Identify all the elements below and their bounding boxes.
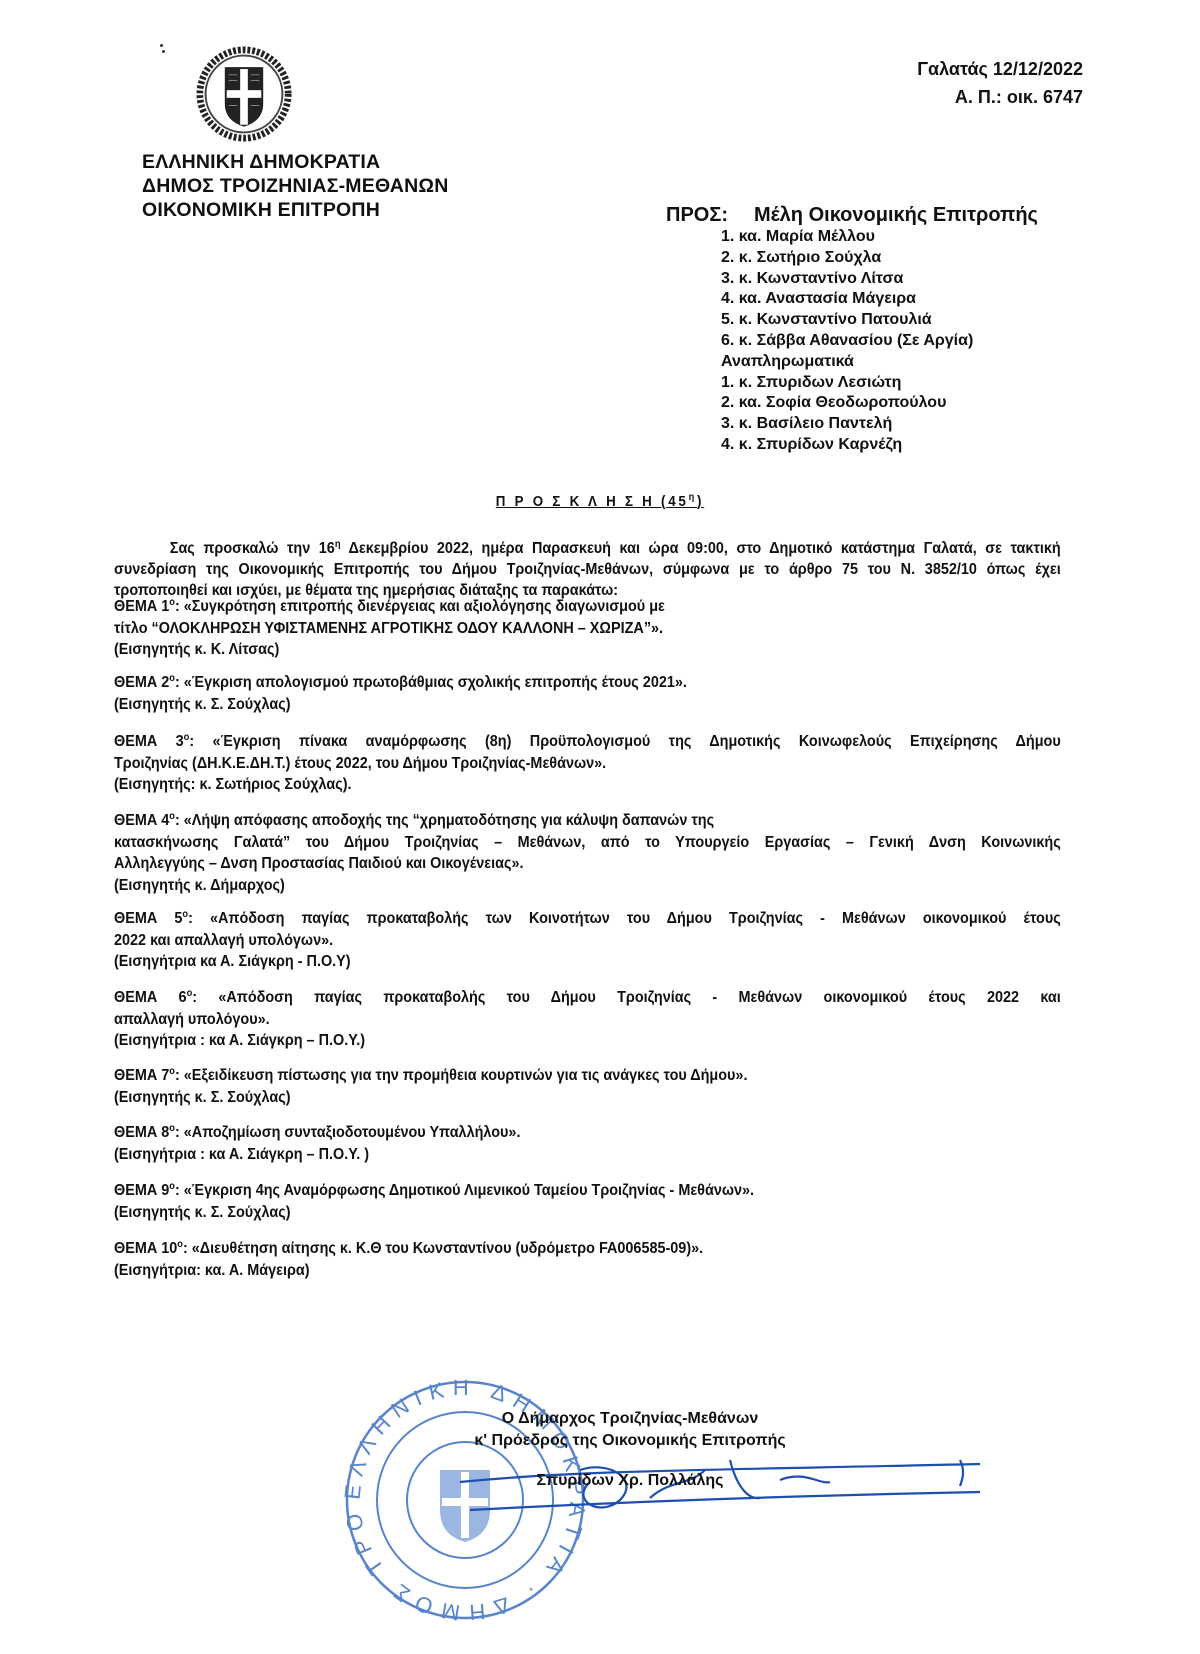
topic-text: απαλλαγή υπολόγου». xyxy=(114,1011,270,1028)
place-date: Γαλατάς 12/12/2022 xyxy=(917,55,1083,83)
agenda-topic: ΘΕΜΑ 4ο: «Λήψη απόφασης αποδοχής της “χρ… xyxy=(114,810,1061,896)
topic-line: ΘΕΜΑ 2ο: «Έγκριση απολογισμού πρωτοβάθμι… xyxy=(114,672,1061,694)
organization-header: ΕΛΛΗΝΙΚΗ ΔΗΜΟΚΡΑΤΙΑ ΔΗΜΟΣ ΤΡΟΙΖΗΝΙΑΣ-ΜΕΘ… xyxy=(142,150,448,222)
topic-text: «Συγκρότηση επιτροπής διενέργειας και αξ… xyxy=(184,598,665,615)
topic-rapporteur: (Εισηγητής: κ. Σωτήριος Σούχλας). xyxy=(114,774,1061,796)
agenda-topic: ΘΕΜΑ 9ο: «Έγκριση 4ης Αναμόρφωσης Δημοτι… xyxy=(114,1180,1061,1223)
topic-rapporteur: (Εισηγήτρια: κα. Α. Μάγειρα) xyxy=(114,1260,1061,1282)
protocol-number: Α. Π.: οικ. 6747 xyxy=(917,83,1083,111)
topic-label: ΘΕΜΑ 9 xyxy=(114,1182,169,1199)
substitute-item: 2. κα. Σοφία Θεοδωροπούλου xyxy=(721,393,1038,414)
invitation-title: Π Ρ Ο Σ Κ Λ Η Σ Η (45η) xyxy=(48,494,1152,510)
topic-rapporteur: (Εισηγητής κ. Σ. Σούχλας) xyxy=(114,1202,1061,1224)
topic-rapporteur: (Εισηγητής κ. Σ. Σούχλας) xyxy=(114,694,1061,716)
topic-rapporteur: (Εισηγήτρια κα Α. Σιάγκρη - Π.Ο.Υ) xyxy=(114,951,1061,973)
topic-line: κατασκήνωσης Γαλατά” του Δήμου Τροιζηνία… xyxy=(114,832,1061,854)
topic-text: τίτλο “ΟΛΟΚΛΗΡΩΣΗ ΥΦΙΣΤΑΜΕΝΗΣ ΑΓΡΟΤΙΚΗΣ … xyxy=(114,620,663,637)
agenda-topic: ΘΕΜΑ 6ο: «Απόδοση παγίας προκαταβολής το… xyxy=(114,987,1061,1052)
topic-rapporteur: (Εισηγητής κ. Σ. Σούχλας) xyxy=(114,1087,1061,1109)
topic-label: ΘΕΜΑ 6 xyxy=(114,989,187,1006)
topic-text: «Λήψη απόφασης αποδοχής της “χρηματοδότη… xyxy=(184,812,714,829)
topic-line: ΘΕΜΑ 7ο: «Εξειδίκευση πίστωσης για την π… xyxy=(114,1065,1061,1087)
invitation-number: 45 xyxy=(668,494,688,510)
agenda-topic: ΘΕΜΑ 8ο: «Αποζημίωση συνταξιοδοτουμένου … xyxy=(114,1122,1061,1165)
topic-rapporteur: (Εισηγήτρια : κα Α. Σιάγκρη – Π.Ο.Υ.) xyxy=(114,1030,1061,1052)
agenda-topic: ΘΕΜΑ 3ο: «Έγκριση πίνακα αναμόρφωσης (8η… xyxy=(114,731,1061,796)
topic-text: «Απόδοση παγίας προκαταβολής των Κοινοτή… xyxy=(210,910,1061,927)
topic-line: τίτλο “ΟΛΟΚΛΗΡΩΣΗ ΥΦΙΣΤΑΜΕΝΗΣ ΑΓΡΟΤΙΚΗΣ … xyxy=(114,618,1061,640)
topic-line: απαλλαγή υπολόγου». xyxy=(114,1009,1061,1031)
topic-line: Αλληλεγγύης – Δνση Προστασίας Παιδιού κα… xyxy=(114,853,1061,875)
member-item: 1. κα. Μαρία Μέλλου xyxy=(721,227,1038,248)
topic-text: «Απόδοση παγίας προκαταβολής του Δήμου Τ… xyxy=(218,989,1060,1006)
member-item: 5. κ. Κωνσταντίνο Πατουλιά xyxy=(721,310,1038,331)
recipients-block: ΠΡΟΣ:Μέλη Οικονομικής Επιτροπής 1. κα. Μ… xyxy=(666,203,1038,456)
substitute-item: 1. κ. Σπυριδων Λεσιώτη xyxy=(721,373,1038,394)
topic-text: «Έγκριση πίνακα αναμόρφωσης (8η) Προϋπολ… xyxy=(213,733,1061,750)
topic-text: «Έγκριση απολογισμού πρωτοβάθμιας σχολικ… xyxy=(184,674,687,691)
agenda-topic: ΘΕΜΑ 7ο: «Εξειδίκευση πίστωσης για την π… xyxy=(114,1065,1061,1108)
topic-line: Τροιζηνίας (ΔΗ.Κ.Ε.ΔΗ.Τ.) έτους 2022, το… xyxy=(114,753,1061,775)
signatory-name: Σπυρίδων Χρ. Πολλάλης xyxy=(520,1470,740,1492)
topic-text: Αλληλεγγύης – Δνση Προστασίας Παιδιού κα… xyxy=(114,855,523,872)
agenda-topic: ΘΕΜΑ 10ο: «Διευθέτηση αίτησης κ. Κ.Θ του… xyxy=(114,1238,1061,1281)
to-line: ΠΡΟΣ:Μέλη Οικονομικής Επιτροπής xyxy=(666,203,1038,227)
org-line-municipality: ΔΗΜΟΣ ΤΡΟΙΖΗΝΙΑΣ-ΜΕΘΑΝΩΝ xyxy=(142,174,448,198)
topic-label: ΘΕΜΑ 7 xyxy=(114,1067,169,1084)
substitutes-label: Αναπληρωματικά xyxy=(721,352,1038,373)
topic-text: «Αποζημίωση συνταξιοδοτουμένου Υπαλλήλου… xyxy=(184,1124,521,1141)
topic-line: ΘΕΜΑ 6ο: «Απόδοση παγίας προκαταβολής το… xyxy=(114,987,1061,1009)
member-item: 4. κα. Αναστασία Μάγειρα xyxy=(721,289,1038,310)
topic-label: ΘΕΜΑ 8 xyxy=(114,1124,169,1141)
member-list: 1. κα. Μαρία Μέλλου2. κ. Σωτήριο Σούχλα3… xyxy=(721,227,1038,456)
topic-text: «Εξειδίκευση πίστωσης για την προμήθεια … xyxy=(184,1067,748,1084)
topic-label: ΘΕΜΑ 10 xyxy=(114,1240,177,1257)
topic-line: ΘΕΜΑ 5ο: «Απόδοση παγίας προκαταβολής τω… xyxy=(114,908,1061,930)
topic-line: ΘΕΜΑ 9ο: «Έγκριση 4ης Αναμόρφωσης Δημοτι… xyxy=(114,1180,1061,1202)
greek-coat-of-arms-icon xyxy=(196,46,292,142)
signature-block: Ο Δήμαρχος Τροιζηνίας-Μεθάνων κ' Πρόεδρο… xyxy=(440,1408,820,1452)
org-line-republic: ΕΛΛΗΝΙΚΗ ΔΗΜΟΚΡΑΤΙΑ xyxy=(142,150,448,174)
topic-label: ΘΕΜΑ 4 xyxy=(114,812,169,829)
topic-line: ΘΕΜΑ 8ο: «Αποζημίωση συνταξιοδοτουμένου … xyxy=(114,1122,1061,1144)
member-item: 6. κ. Σάββα Αθανασίου (Σε Αργία) xyxy=(721,331,1038,352)
topic-label: ΘΕΜΑ 3 xyxy=(114,733,184,750)
agenda-topic: ΘΕΜΑ 5ο: «Απόδοση παγίας προκαταβολής τω… xyxy=(114,908,1061,973)
agenda-topic: ΘΕΜΑ 2ο: «Έγκριση απολογισμού πρωτοβάθμι… xyxy=(114,672,1061,715)
invitation-number-suffix: η xyxy=(689,492,697,503)
topic-line: ΘΕΜΑ 3ο: «Έγκριση πίνακα αναμόρφωσης (8η… xyxy=(114,731,1061,753)
topic-rapporteur: (Εισηγήτρια : κα Α. Σιάγκρη – Π.Ο.Υ. ) xyxy=(114,1144,1061,1166)
substitute-item: 4. κ. Σπυρίδων Καρνέζη xyxy=(721,435,1038,456)
agenda-topic: ΘΕΜΑ 1ο: «Συγκρότηση επιτροπής διενέργει… xyxy=(114,596,1061,661)
member-item: 3. κ. Κωνσταντίνο Λίτσα xyxy=(721,269,1038,290)
topic-line: ΘΕΜΑ 10ο: «Διευθέτηση αίτησης κ. Κ.Θ του… xyxy=(114,1238,1061,1260)
topic-text: κατασκήνωσης Γαλατά” του Δήμου Τροιζηνία… xyxy=(114,834,1061,851)
date-protocol-block: Γαλατάς 12/12/2022 Α. Π.: οικ. 6747 xyxy=(917,55,1083,111)
topic-line: ΘΕΜΑ 4ο: «Λήψη απόφασης αποδοχής της “χρ… xyxy=(114,810,1061,832)
signatory-role: κ' Πρόεδρος της Οικονομικής Επιτροπής xyxy=(440,1430,820,1452)
signatory-title: Ο Δήμαρχος Τροιζηνίας-Μεθάνων xyxy=(440,1408,820,1430)
topic-text: «Διευθέτηση αίτησης κ. Κ.Θ του Κωνσταντί… xyxy=(192,1240,703,1257)
topic-label: ΘΕΜΑ 2 xyxy=(114,674,169,691)
to-label: ΠΡΟΣ: xyxy=(666,203,754,227)
intro-text-start: Σας προσκαλώ την 16 xyxy=(170,540,335,557)
topic-label: ΘΕΜΑ 5 xyxy=(114,910,182,927)
topic-text: Τροιζηνίας (ΔΗ.Κ.Ε.ΔΗ.Τ.) έτους 2022, το… xyxy=(114,755,606,772)
topic-line: ΘΕΜΑ 1ο: «Συγκρότηση επιτροπής διενέργει… xyxy=(114,596,1061,618)
invitation-title-text: Π Ρ Ο Σ Κ Λ Η Σ Η xyxy=(496,494,655,510)
member-item: 2. κ. Σωτήριο Σούχλα xyxy=(721,248,1038,269)
topic-text: 2022 και απαλλαγή υπολόγων». xyxy=(114,932,333,949)
to-value: Μέλη Οικονομικής Επιτροπής xyxy=(754,204,1038,226)
topic-text: «Έγκριση 4ης Αναμόρφωσης Δημοτικού Λιμεν… xyxy=(184,1182,754,1199)
topic-line: 2022 και απαλλαγή υπολόγων». xyxy=(114,930,1061,952)
topic-label: ΘΕΜΑ 1 xyxy=(114,598,169,615)
topic-rapporteur: (Εισηγητής κ. Κ. Λίτσας) xyxy=(114,639,1061,661)
substitute-item: 3. κ. Βασίλειο Παντελή xyxy=(721,414,1038,435)
topic-rapporteur: (Εισηγητής κ. Δήμαρχος) xyxy=(114,875,1061,897)
org-line-committee: ΟΙΚΟΝΟΜΙΚΗ ΕΠΙΤΡΟΠΗ xyxy=(142,198,448,222)
intro-paragraph: Σας προσκαλώ την 16η Δεκεμβρίου 2022, ημ… xyxy=(114,538,1061,601)
